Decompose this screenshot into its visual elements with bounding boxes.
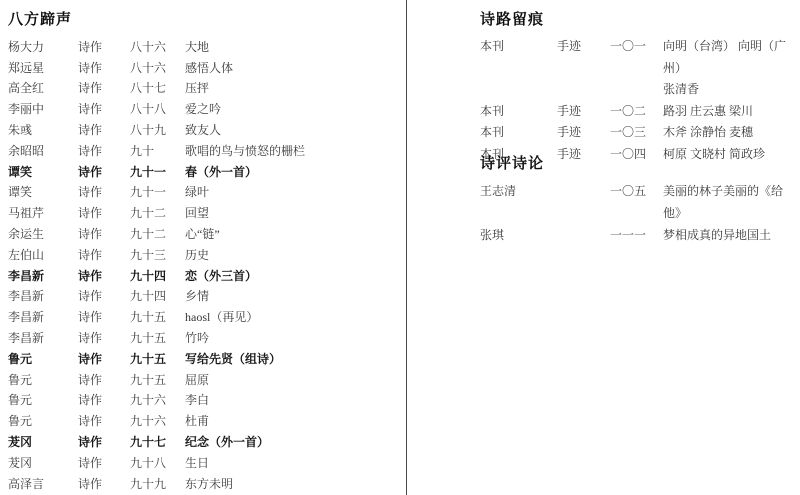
author-cell: 马祖芹 [8, 204, 78, 221]
page-number-cell: 一〇一 [610, 36, 663, 58]
review-title-cell: 美丽的林子美丽的《给他》 [663, 180, 798, 224]
page-number-cell: 九十五 [130, 329, 185, 346]
genre-cell: 诗作 [78, 38, 130, 55]
page-number-cell: 九十一 [130, 183, 185, 200]
genre-cell: 诗作 [78, 308, 130, 325]
genre-cell: 诗作 [78, 59, 130, 76]
table-row: 左伯山诗作九十三历史 [8, 244, 400, 265]
page-number-cell: 九十六 [130, 391, 185, 408]
author-cell: 谭笑 [8, 163, 78, 180]
table-row: 李丽中诗作八十八爱之吟 [8, 98, 400, 119]
genre-cell: 诗作 [78, 142, 130, 159]
genre-cell: 手迹 [557, 101, 610, 123]
author-cell: 王志清 [480, 180, 610, 202]
poem-title-cell: 感悟人体 [185, 59, 400, 76]
review-rows: 王志清一〇五美丽的林子美丽的《给他》张琪一一一梦相成真的异地国土 [480, 180, 798, 246]
poem-title-cell: 李白 [185, 391, 400, 408]
genre-cell: 诗作 [78, 287, 130, 304]
author-cell: 张琪 [480, 224, 610, 246]
genre-cell: 诗作 [78, 100, 130, 117]
table-row: 谭笑诗作九十一绿叶 [8, 182, 400, 203]
page-number-cell: 九十二 [130, 204, 185, 221]
page-number-cell: 九十七 [130, 433, 185, 450]
poet-names-line2: 张清香 [663, 79, 798, 101]
table-row: 朱彧诗作八十九致友人 [8, 119, 400, 140]
author-cell: 茇冈 [8, 433, 78, 450]
genre-cell: 诗作 [78, 183, 130, 200]
author-cell: 谭笑 [8, 183, 78, 200]
genre-cell: 手迹 [557, 122, 610, 144]
author-cell: 余运生 [8, 225, 78, 242]
page-number-cell: 一〇二 [610, 101, 663, 123]
author-cell: 李昌新 [8, 329, 78, 346]
table-row: 鲁元诗作九十六杜甫 [8, 410, 400, 431]
author-cell: 本刊 [480, 101, 557, 123]
poem-title-cell: 杜甫 [185, 412, 400, 429]
table-row: 郑远星诗作八十六感悟人体 [8, 57, 400, 78]
section-handwriting: 诗路留痕 本刊手迹一〇一向明（台湾） 向明（广州）张清香本刊手迹一〇二路羽 庄云… [480, 8, 798, 165]
table-row: 本刊手迹一〇二路羽 庄云惠 梁川 [480, 101, 798, 123]
genre-cell: 诗作 [78, 79, 130, 96]
author-cell: 鲁元 [8, 350, 78, 367]
poet-names-cell: 路羽 庄云惠 梁川 [663, 101, 798, 123]
page-number-cell: 八十八 [130, 100, 185, 117]
section-title-shiping-shilun: 诗评诗论 [480, 152, 798, 173]
table-row: 余运生诗作九十二心“链” [8, 223, 400, 244]
section-left: 八方蹄声 杨大力诗作八十六大地郑远星诗作八十六感悟人体高全红诗作八十七压抨李丽中… [8, 8, 400, 494]
page-number-cell: 九十四 [130, 287, 185, 304]
poem-title-cell: 屈原 [185, 371, 400, 388]
author-cell: 李昌新 [8, 308, 78, 325]
genre-cell: 诗作 [78, 225, 130, 242]
poem-title-cell: 回望 [185, 204, 400, 221]
author-cell: 茇冈 [8, 454, 78, 471]
section-title-shilu-liuhen: 诗路留痕 [480, 8, 798, 29]
table-row: 余昭昭诗作九十歌唱的鸟与愤怒的栅栏 [8, 140, 400, 161]
poem-title-cell: 歌唱的鸟与愤怒的栅栏 [185, 142, 400, 159]
page-number-cell: 九十五 [130, 308, 185, 325]
left-rows: 杨大力诗作八十六大地郑远星诗作八十六感悟人体高全红诗作八十七压抨李丽中诗作八十八… [8, 36, 400, 494]
author-cell: 左伯山 [8, 246, 78, 263]
table-row: 鲁元诗作九十五屈原 [8, 369, 400, 390]
poem-title-cell: 乡情 [185, 287, 400, 304]
author-cell: 高全红 [8, 79, 78, 96]
genre-cell: 诗作 [78, 204, 130, 221]
table-row: 鲁元诗作九十六李白 [8, 390, 400, 411]
author-cell: 本刊 [480, 122, 557, 144]
genre-cell: 诗作 [78, 412, 130, 429]
author-cell: 李昌新 [8, 267, 78, 284]
author-cell: 李丽中 [8, 100, 78, 117]
page-number-cell: 九十五 [130, 371, 185, 388]
author-cell: 鲁元 [8, 391, 78, 408]
page-number-cell: 八十七 [130, 79, 185, 96]
poem-title-cell: 绿叶 [185, 183, 400, 200]
table-row: 鲁元诗作九十五写给先贤（组诗） [8, 348, 400, 369]
poem-title-cell: 爱之吟 [185, 100, 400, 117]
section-title-bafang-tisheng: 八方蹄声 [8, 8, 400, 29]
page-number-cell: 九十六 [130, 412, 185, 429]
section-reviews: 诗评诗论 王志清一〇五美丽的林子美丽的《给他》张琪一一一梦相成真的异地国土 [480, 152, 798, 246]
page-number-cell: 一〇三 [610, 122, 663, 144]
genre-cell: 诗作 [78, 121, 130, 138]
poem-title-cell: 历史 [185, 246, 400, 263]
page-number-cell: 九十二 [130, 225, 185, 242]
genre-cell: 诗作 [78, 371, 130, 388]
handwriting-rows: 本刊手迹一〇一向明（台湾） 向明（广州）张清香本刊手迹一〇二路羽 庄云惠 梁川本… [480, 36, 798, 165]
genre-cell: 诗作 [78, 475, 130, 492]
poem-title-cell: 大地 [185, 38, 400, 55]
page-number-cell: 九十五 [130, 350, 185, 367]
poem-title-cell: haosl（再见） [185, 308, 400, 325]
table-row: 高泽言诗作九十九东方未明 [8, 473, 400, 494]
page-number-cell: 九十 [130, 142, 185, 159]
table-row: 李昌新诗作九十五竹吟 [8, 327, 400, 348]
page-number-cell: 八十六 [130, 38, 185, 55]
table-row: 张琪一一一梦相成真的异地国土 [480, 224, 798, 246]
poem-title-cell: 竹吟 [185, 329, 400, 346]
page-number-cell: 一〇五 [610, 180, 663, 202]
author-cell: 鲁元 [8, 371, 78, 388]
review-title-cell: 梦相成真的异地国土 [663, 224, 798, 246]
poem-title-cell: 写给先贤（组诗） [185, 350, 400, 367]
toc-page: 八方蹄声 杨大力诗作八十六大地郑远星诗作八十六感悟人体高全红诗作八十七压抨李丽中… [0, 0, 800, 495]
poem-title-cell: 致友人 [185, 121, 400, 138]
genre-cell: 诗作 [78, 246, 130, 263]
page-number-cell: 九十八 [130, 454, 185, 471]
page-number-cell: 一一一 [610, 224, 663, 246]
author-cell: 李昌新 [8, 287, 78, 304]
author-cell: 本刊 [480, 36, 557, 58]
author-cell: 鲁元 [8, 412, 78, 429]
genre-cell: 手迹 [557, 36, 610, 58]
author-cell: 杨大力 [8, 38, 78, 55]
genre-cell: 诗作 [78, 433, 130, 450]
poem-title-cell: 压抨 [185, 79, 400, 96]
genre-cell: 诗作 [78, 163, 130, 180]
poem-title-cell: 心“链” [185, 225, 400, 242]
table-row: 本刊手迹一〇一向明（台湾） 向明（广州）张清香 [480, 36, 798, 101]
poem-title-cell: 生日 [185, 454, 400, 471]
table-row: 杨大力诗作八十六大地 [8, 36, 400, 57]
vertical-divider [406, 0, 407, 495]
table-row: 茇冈诗作九十七纪念（外一首） [8, 431, 400, 452]
table-row: 本刊手迹一〇三木斧 涂静怡 麦穗 [480, 122, 798, 144]
table-row: 茇冈诗作九十八生日 [8, 452, 400, 473]
page-number-cell: 九十九 [130, 475, 185, 492]
table-row: 王志清一〇五美丽的林子美丽的《给他》 [480, 180, 798, 224]
author-cell: 朱彧 [8, 121, 78, 138]
page-number-cell: 八十九 [130, 121, 185, 138]
table-row: 李昌新诗作九十五haosl（再见） [8, 306, 400, 327]
table-row: 马祖芹诗作九十二回望 [8, 202, 400, 223]
table-row: 高全红诗作八十七压抨 [8, 78, 400, 99]
poem-title-cell: 恋（外三首） [185, 267, 400, 284]
poem-title-cell: 纪念（外一首） [185, 433, 400, 450]
page-number-cell: 九十一 [130, 163, 185, 180]
genre-cell: 诗作 [78, 350, 130, 367]
page-number-cell: 九十四 [130, 267, 185, 284]
table-row: 李昌新诗作九十四恋（外三首） [8, 265, 400, 286]
genre-cell: 诗作 [78, 454, 130, 471]
page-number-cell: 八十六 [130, 59, 185, 76]
page-number-cell: 九十三 [130, 246, 185, 263]
genre-cell: 诗作 [78, 391, 130, 408]
poem-title-cell: 春（外一首） [185, 163, 400, 180]
table-row: 李昌新诗作九十四乡情 [8, 286, 400, 307]
genre-cell: 诗作 [78, 329, 130, 346]
table-row: 谭笑诗作九十一春（外一首） [8, 161, 400, 182]
poem-title-cell: 东方未明 [185, 475, 400, 492]
poet-names-cell: 向明（台湾） 向明（广州）张清香 [663, 36, 798, 101]
author-cell: 高泽言 [8, 475, 78, 492]
author-cell: 余昭昭 [8, 142, 78, 159]
poet-names-cell: 木斧 涂静怡 麦穗 [663, 122, 798, 144]
genre-cell: 诗作 [78, 267, 130, 284]
author-cell: 郑远星 [8, 59, 78, 76]
